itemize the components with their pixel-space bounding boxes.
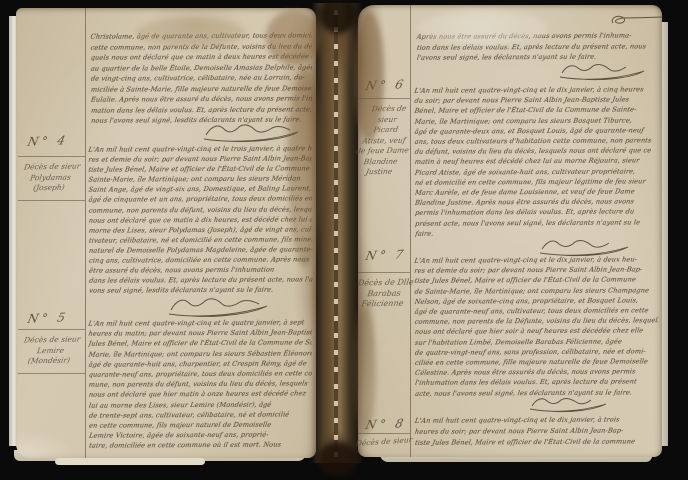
margin-deceased-name: Décès de sieurLemire(Mondésir)	[13, 334, 87, 367]
officiant-signature-flourish	[558, 61, 654, 81]
handwritten-line: (Mondésir)	[13, 355, 84, 367]
right-page: Après nous être assuré du décès, nous av…	[358, 5, 662, 457]
handwritten-line: Décès de sieur	[17, 334, 88, 346]
left-bottom-page-edge-2	[55, 458, 205, 465]
handwritten-line: de vingt-cinq ans, cultivatrice, célibat…	[90, 72, 312, 84]
handwritten-line: Décès de sieur	[17, 161, 88, 173]
margin-act-number: N° 5	[26, 310, 69, 325]
handwritten-line: (Joseph)	[13, 182, 84, 194]
scanned-register-spread: Christolame, âgé de quarante ans, cultiv…	[0, 0, 688, 480]
officiant-signature-flourish	[166, 295, 276, 317]
binding-stitches	[334, 10, 338, 458]
margin-rule	[18, 200, 85, 201]
paraph-flourish-icon	[608, 13, 666, 31]
right-act-8-text: L'An mil huit cent quatre-vingt-cinq et …	[414, 414, 658, 448]
margin-act-number: N° 4	[26, 133, 69, 148]
margin-act-number: N° 7	[364, 247, 407, 262]
margin-rule	[18, 329, 85, 330]
handwritten-line: taire, domiciliée en cette commune où il…	[88, 440, 312, 452]
right-act-7-text: L'An mil huit cent quatre-vingt-cinq et …	[414, 254, 659, 398]
left-act-5-text: L'An mil huit cent quatre-vingt-cinq et …	[88, 317, 313, 451]
left-margin-rule	[85, 8, 86, 458]
handwritten-line: Eulalie. Après nous être assuré du décès…	[90, 93, 312, 105]
margin-rule	[18, 156, 85, 157]
margin-rule	[358, 272, 410, 273]
stain	[418, 11, 548, 45]
handwritten-line: tiste Jules Bénel, Maire et officier de …	[414, 436, 658, 449]
margin-deceased-name: Décès de sieurPolydamas(Joseph)	[13, 161, 87, 194]
left-act-4-text: L'An mil huit cent quatre-vingt-cinq et …	[88, 143, 313, 296]
right-margin-rule	[410, 5, 411, 457]
margin-rule	[18, 373, 85, 374]
right-act-6-text: L'An mil huit cent quatre-vingt-cinq et …	[414, 84, 659, 239]
handwritten-line: Décès de Dlle	[357, 278, 415, 289]
left-page: Christolame, âgé de quarante ans, cultiv…	[16, 8, 316, 458]
officiant-signature-flourish	[528, 395, 614, 413]
binding-bottom-shadow	[318, 442, 358, 476]
stain	[136, 18, 246, 48]
